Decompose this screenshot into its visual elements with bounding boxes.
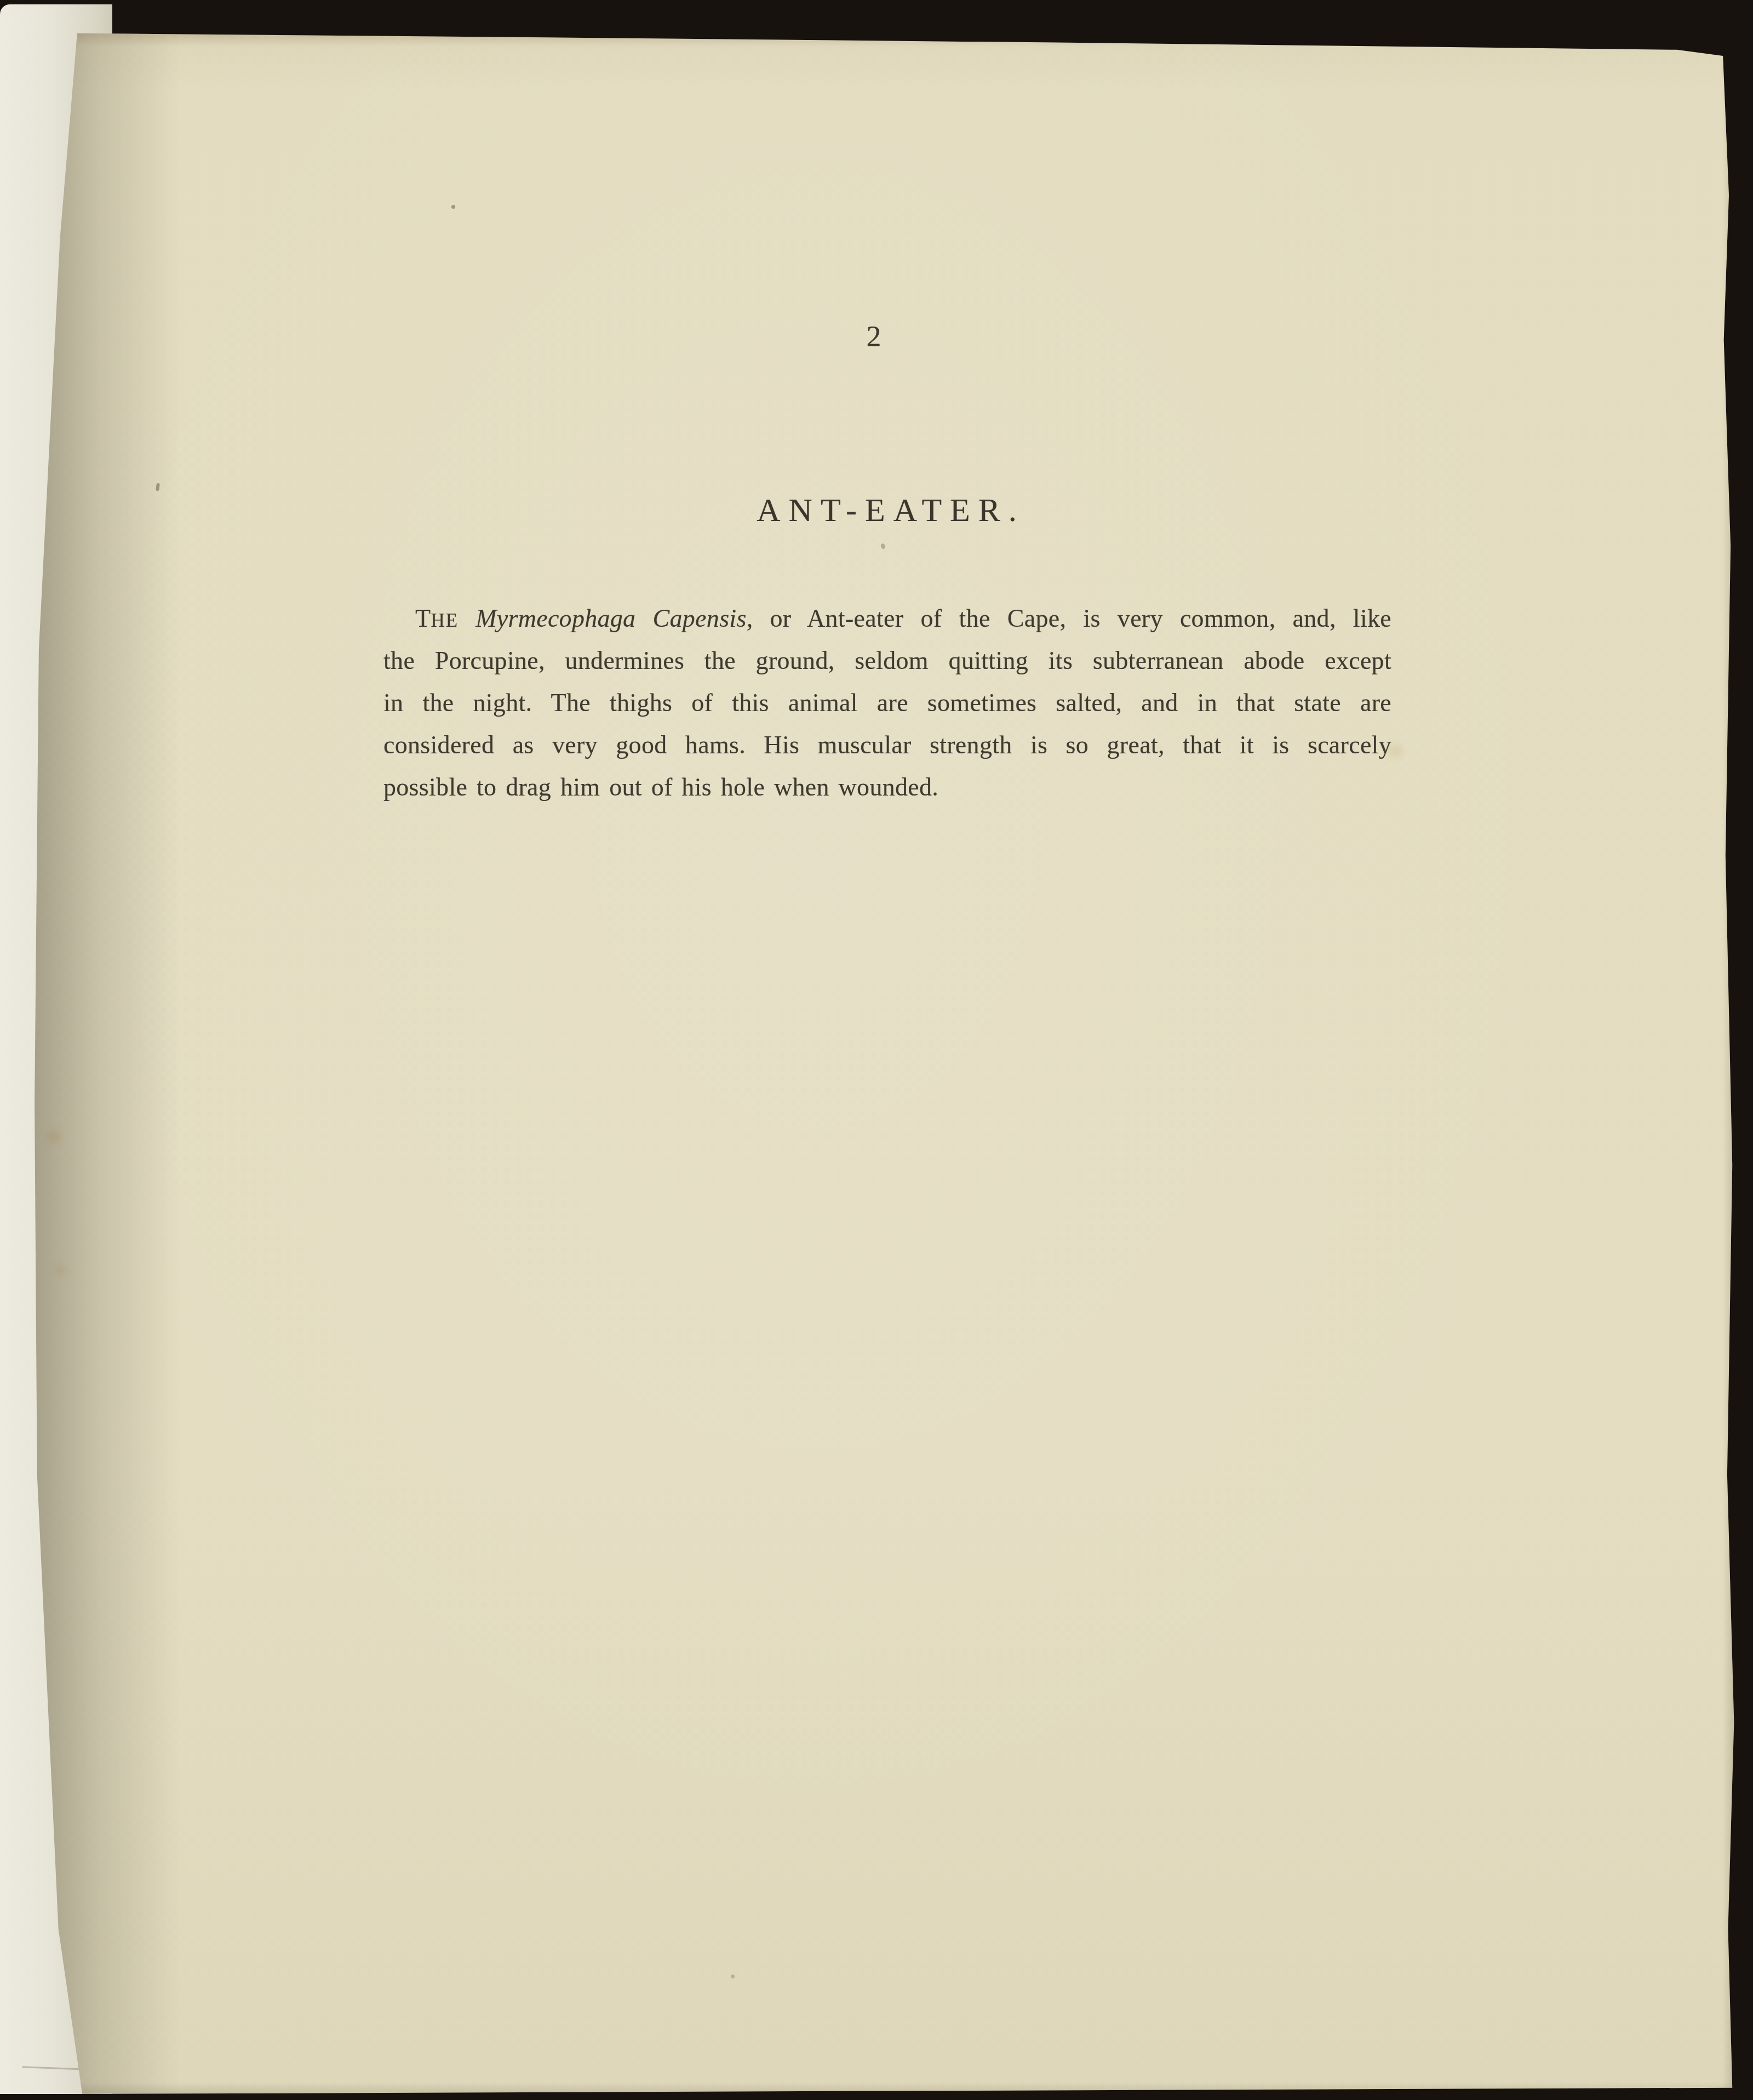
scanned-book-page: 2 ANT-EATER. THE Myrmecophaga Capensis, … xyxy=(0,0,1753,2100)
line1-rest: , or Ant-eater of the Cape, is very comm… xyxy=(747,604,1391,632)
paper-stain xyxy=(1387,744,1403,758)
paper-stain xyxy=(55,1264,66,1275)
chapter-title: ANT-EATER. xyxy=(757,491,1024,529)
paragraph-line: considered as very good hams. His muscul… xyxy=(383,724,1391,766)
book-page: 2 ANT-EATER. THE Myrmecophaga Capensis, … xyxy=(33,30,1737,2094)
body-paragraph: THE Myrmecophaga Capensis, or Ant-eater … xyxy=(383,597,1391,808)
paragraph-line: THE Myrmecophaga Capensis, or Ant-eater … xyxy=(383,597,1391,639)
paragraph-line: the Porcupine, undermines the ground, se… xyxy=(383,639,1391,682)
page-number: 2 xyxy=(867,319,881,353)
the-initial-cap: T xyxy=(415,604,431,632)
paragraph-line: possible to drag him out of his hole whe… xyxy=(383,766,1391,808)
species-name-italic: Myrmecophaga Capensis xyxy=(476,604,747,632)
the-smallcaps: HE xyxy=(431,610,459,631)
paragraph-line: in the night. The thighs of this animal … xyxy=(383,682,1391,724)
paper-speck xyxy=(731,1975,735,1978)
paper-stain xyxy=(46,1130,60,1144)
paper-speck xyxy=(451,205,455,209)
